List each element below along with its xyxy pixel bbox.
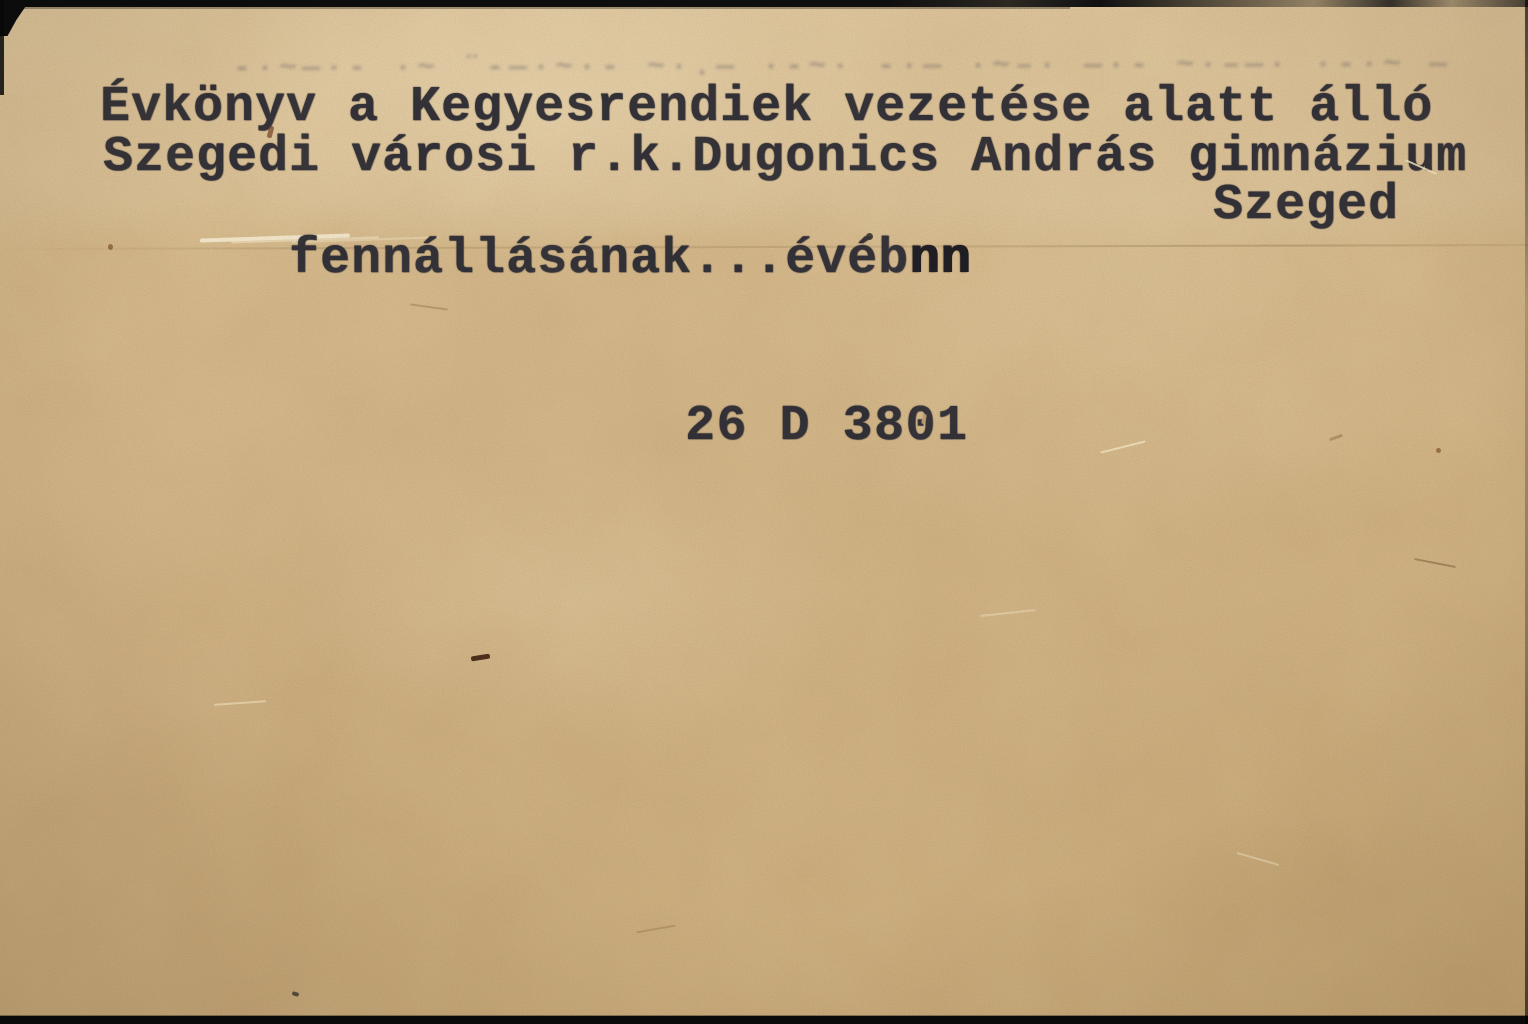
paper-fiber — [636, 925, 676, 934]
paper-fiber — [1100, 440, 1145, 453]
paper-fiber — [214, 700, 266, 706]
paper-fiber — [980, 609, 1036, 617]
paper-speck — [1436, 448, 1441, 453]
paper-fiber — [1237, 852, 1280, 866]
paper-speck — [292, 991, 300, 997]
scanned-catalog-card-page: -·~—·- ·~ ¨-—·~·- ~·.— ·-~· -·— ·~–· —·-… — [0, 0, 1528, 1024]
catalog-card: -·~—·- ·~ ¨-—·~·- ~·.— ·-~· -·— ·~–· —·-… — [0, 0, 1528, 1024]
paper-fiber — [1414, 558, 1456, 568]
imprint-place: Szeged — [1213, 180, 1399, 232]
scan-edge-top-secondary — [0, 7, 1070, 9]
ink-dash-mark — [471, 654, 491, 662]
call-number: 26 D 3801 — [685, 401, 969, 453]
scan-edge-left — [0, 0, 4, 95]
title-line-3-text: fennállásának...évéb — [289, 231, 909, 288]
scan-edge-bottom — [0, 1016, 1528, 1024]
title-line-3-overstrike: nn — [909, 231, 971, 288]
paper-speck — [1329, 434, 1343, 442]
scan-edge-top — [0, 0, 1528, 7]
title-line-3: fennállásának...évébnn — [103, 182, 971, 338]
title-line-1: Évkönyv a Kegyesrendiek vezetése alatt á… — [100, 82, 1433, 134]
